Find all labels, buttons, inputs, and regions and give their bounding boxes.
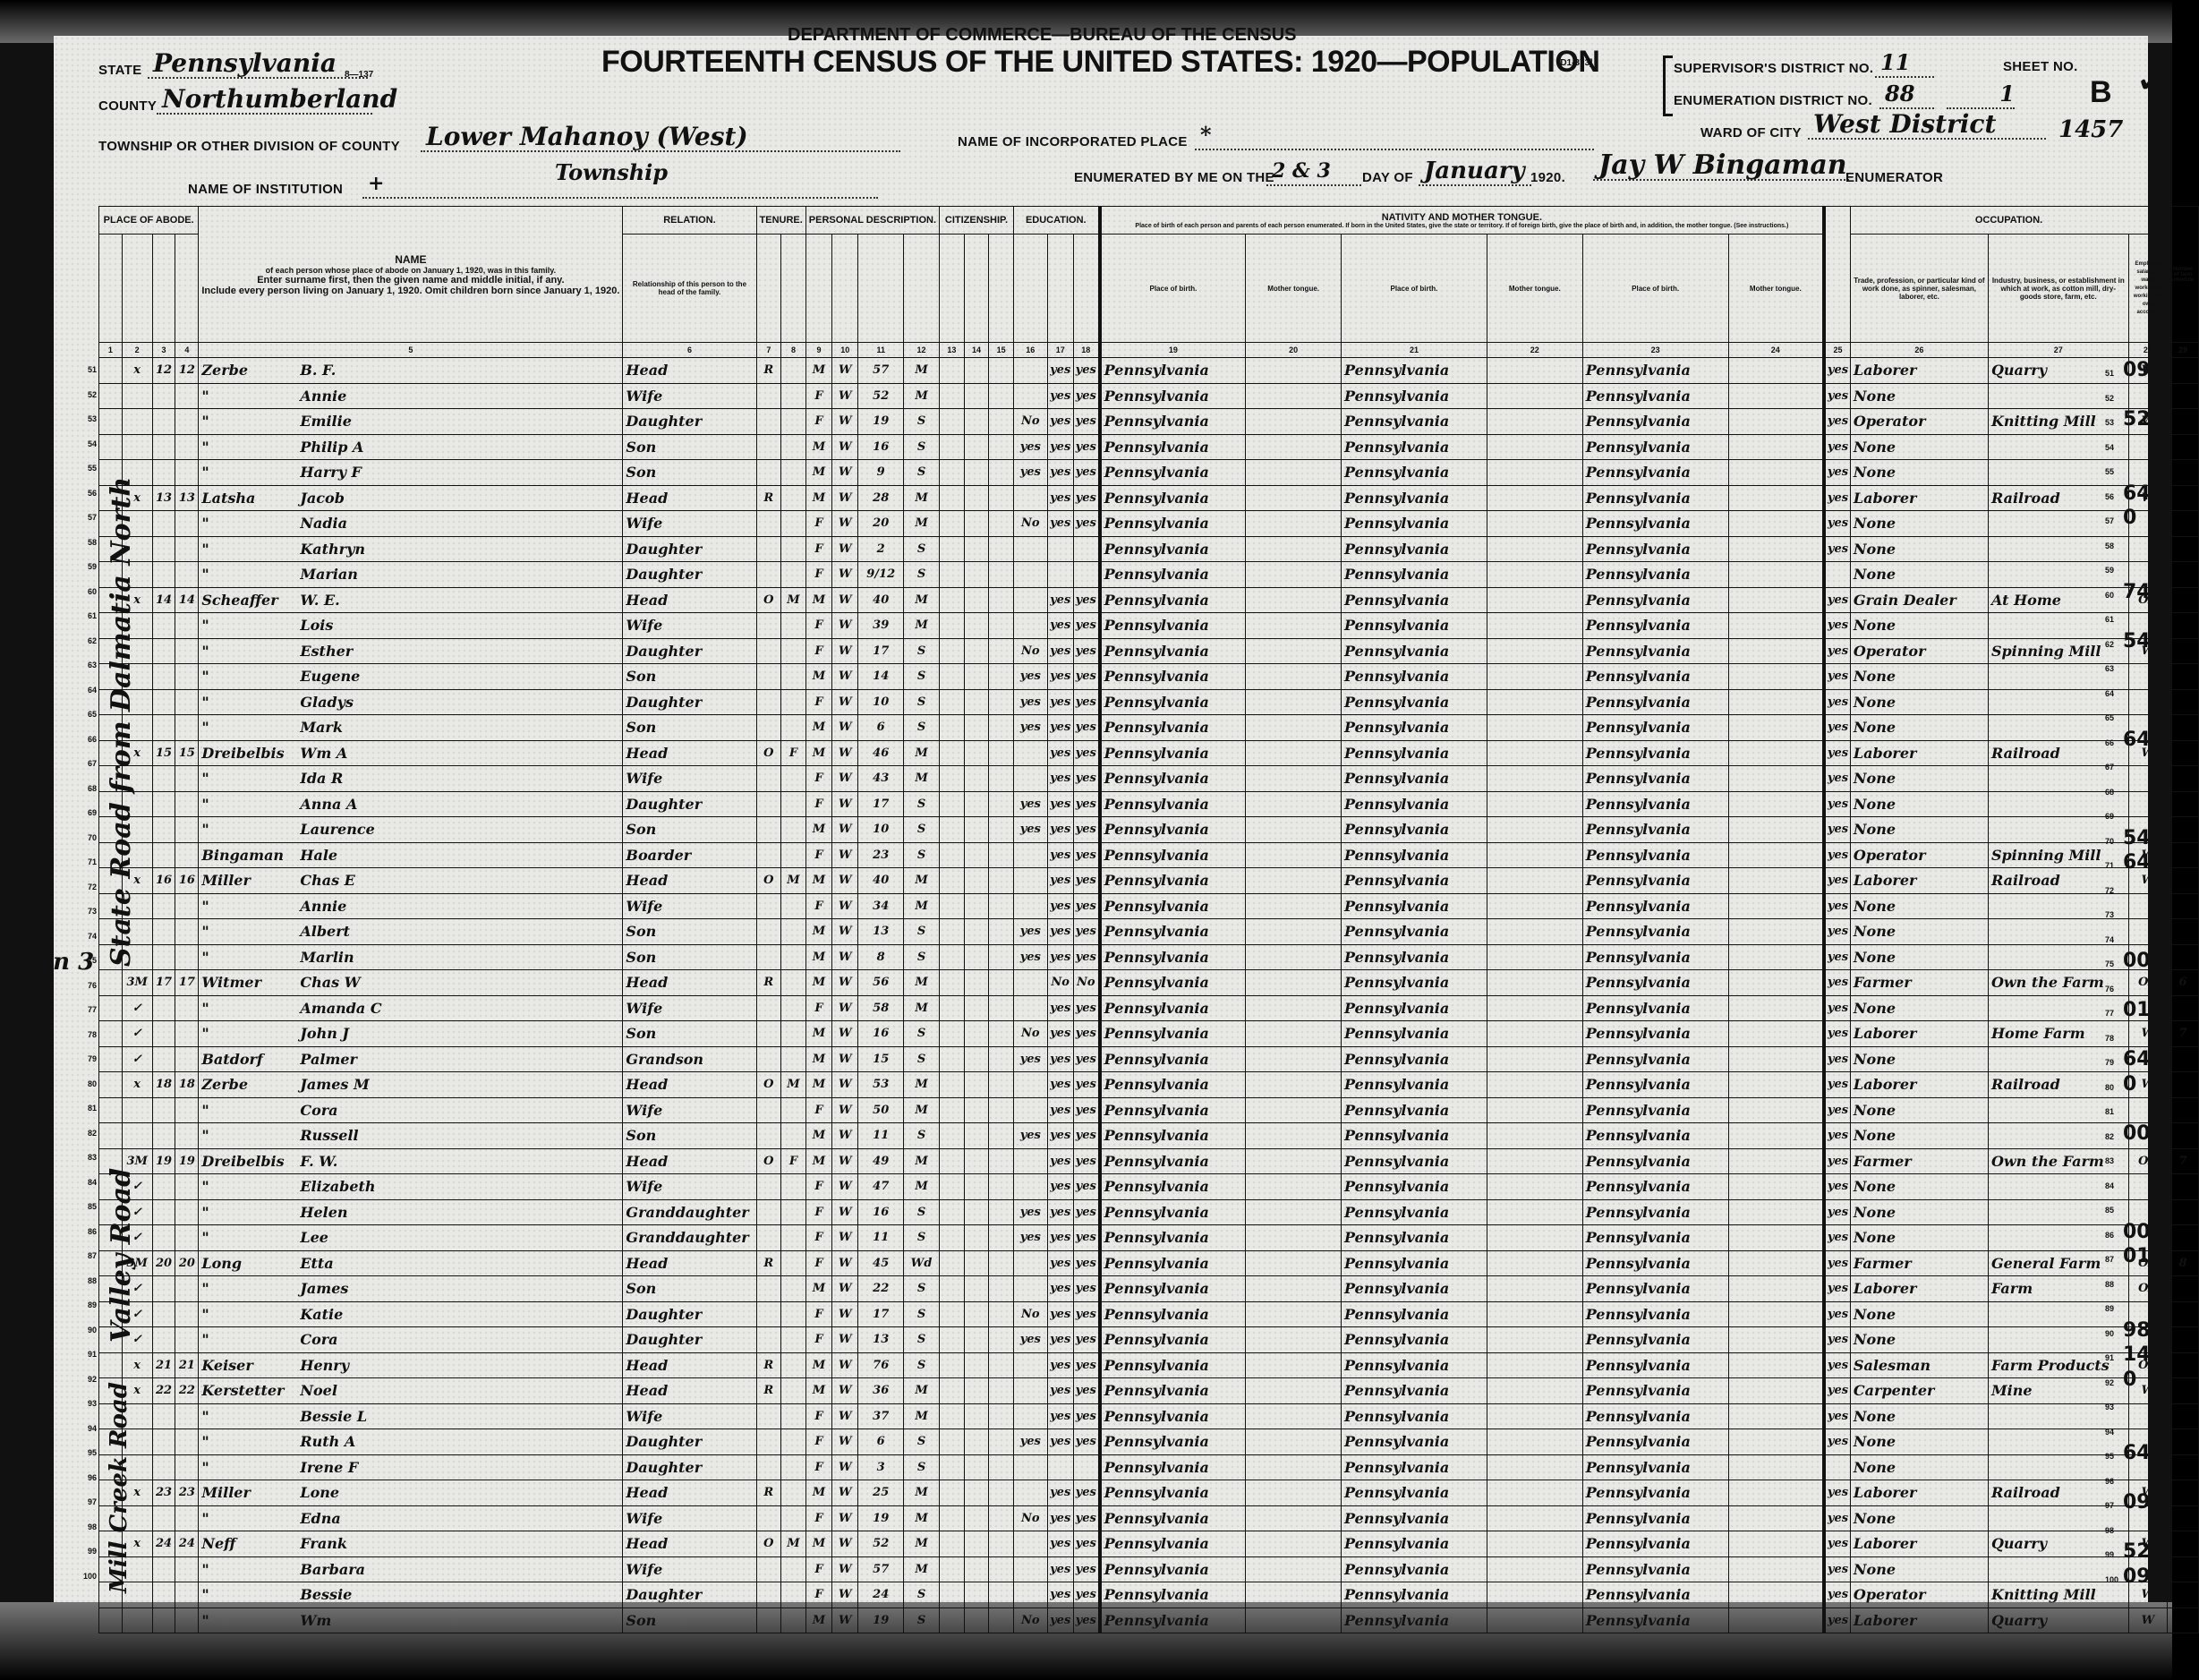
given-name: Mark [300,719,343,736]
cell-pob: Pennsylvania [1100,383,1246,409]
given-name: James M [300,1076,369,1093]
given-name: Henry [300,1357,349,1374]
cell-relation: Son [623,1276,756,1302]
cell-street [99,536,123,562]
cell-pob: Pennsylvania [1100,1148,1246,1174]
line-number: 56 [73,482,97,507]
cell-occupation: None [1850,919,1988,945]
cell-read: yes [1047,1531,1073,1557]
cell-empty [964,383,989,409]
cell-fpob: Pennsylvania [1342,1505,1487,1531]
cell-dwelling [152,1429,175,1455]
cell-dwelling [152,664,175,690]
cell-marital: S [904,1327,940,1353]
cell-empty [989,434,1014,460]
cell-dwelling [152,842,175,868]
table-row: ✓BatdorfPalmerGrandsonMW15SyesyesyesPenn… [99,1046,2199,1072]
cell-pob: Pennsylvania [1100,1582,1246,1608]
cell-street [99,587,123,613]
given-name: Albert [300,923,350,940]
cell-empty [989,1505,1014,1531]
cell-fpob: Pennsylvania [1342,817,1487,843]
cell-house: x [122,358,152,384]
header-naturalization-year [989,235,1014,343]
cell-age: 43 [858,766,904,792]
cell-dwelling: 13 [152,485,175,511]
cell-family [175,638,199,664]
cell-age: 22 [858,1276,904,1302]
cell-empty [989,766,1014,792]
cell-name: "Albert [199,919,623,945]
cell-street [99,1097,123,1123]
cell-empty [964,1582,989,1608]
cell-empty [1728,1352,1824,1378]
cell-pob: Pennsylvania [1100,1327,1246,1353]
cell-occupation: None [1850,1454,1988,1480]
line-number: 63 [73,653,97,678]
cell-english: yes [1824,791,1850,817]
cell-read: yes [1047,817,1073,843]
cell-empty [1246,409,1342,435]
cell-mort [781,358,806,384]
cell-house [122,1403,152,1429]
cell-empty [964,817,989,843]
cell-write: yes [1073,1480,1099,1506]
table-row: ✓"KatieDaughterFW17SNoyesyesPennsylvania… [99,1301,2199,1327]
right-line-entry: 61 [2105,604,2177,629]
cell-dwelling [152,409,175,435]
cell-sex: F [805,1505,831,1531]
cell-english: yes [1824,1505,1850,1531]
cell-empty [1487,1276,1582,1302]
cell-write: yes [1073,1199,1099,1225]
cell-race: W [832,1072,858,1098]
cell-age: 52 [858,1531,904,1557]
table-row: "MarkSonMW6SyesyesyesPennsylvaniaPennsyl… [99,715,2199,741]
right-line-numbers: 5109452535245455566405705859607446162542… [2105,358,2177,1589]
cell-street [99,1199,123,1225]
line-number: 77 [73,998,97,1023]
cell-english: yes [1824,1531,1850,1557]
cell-empty [1246,383,1342,409]
cell-race: W [832,1556,858,1582]
surname: Keiser [201,1357,300,1374]
cell-marital: S [904,1199,940,1225]
cell-read [1047,536,1073,562]
line-number: 54 [73,432,97,457]
table-row: "NadiaWifeFW20MNoyesyesPennsylvaniaPenns… [99,511,2199,537]
cell-mort [781,970,806,996]
cell-marital: M [904,1403,940,1429]
cell-race: W [832,1352,858,1378]
cell-empty [1487,409,1582,435]
cell-empty [1487,893,1582,919]
cell-name: "Nadia [199,511,623,537]
cell-dwelling [152,638,175,664]
header-class: Employer, salary or wage worker, or work… [2128,235,2168,343]
cell-empty [989,358,1014,384]
cell-family [175,944,199,970]
cell-empty [1487,1505,1582,1531]
cell-house [122,1582,152,1608]
cell-empty [1487,1225,1582,1251]
cell-empty [989,511,1014,537]
cell-sex: F [805,1454,831,1480]
cell-empty [1728,460,1824,486]
cell-empty [964,1327,989,1353]
cell-empty [1246,842,1342,868]
cell-marital: M [904,766,940,792]
cell-family [175,1505,199,1531]
cell-dwelling [152,919,175,945]
right-line-entry: 68 [2105,777,2177,802]
group-citizenship: CITIZENSHIP. [940,207,1014,235]
cell-empty [989,868,1014,894]
cell-own: O [756,1531,781,1557]
cell-empty [940,613,965,639]
cell-relation: Daughter [623,1301,756,1327]
cell-write: yes [1073,817,1099,843]
cell-empty [940,562,965,588]
cell-age: 20 [858,511,904,537]
cell-empty [1728,383,1824,409]
cell-sex: M [805,1072,831,1098]
cell-empty [1728,1327,1824,1353]
cell-school [1013,1378,1047,1404]
column-number: 16 [1013,343,1047,358]
cell-dwelling [152,766,175,792]
name-instr: Enter surname first, then the given name… [201,275,619,286]
cell-family [175,383,199,409]
cell-mort [781,1199,806,1225]
cell-empty [964,613,989,639]
cell-occupation: Carpenter [1850,1378,1988,1404]
given-name: Etta [300,1255,333,1272]
right-line-entry: 69 [2105,801,2177,826]
cell-race: W [832,868,858,894]
cell-pob: Pennsylvania [1100,1531,1246,1557]
cell-pob: Pennsylvania [1100,715,1246,741]
cell-occupation: None [1850,460,1988,486]
cell-school: yes [1013,1225,1047,1251]
column-number: 3 [152,343,175,358]
cell-school: yes [1013,434,1047,460]
occupation-code: 000 [2123,1122,2164,1145]
cell-marital: M [904,1072,940,1098]
surname: " [201,719,300,736]
right-line-entry: 62542 [2105,629,2177,654]
cell-write: yes [1073,383,1099,409]
cell-relation: Son [623,944,756,970]
cell-empty [1728,1276,1824,1302]
cell-fpob: Pennsylvania [1342,715,1487,741]
cell-english: yes [1824,358,1850,384]
cell-fpob: Pennsylvania [1342,1454,1487,1480]
cell-street [99,1148,123,1174]
cell-relation: Daughter [623,1327,756,1353]
cell-empty [1487,1123,1582,1149]
right-line-entry: 86000 [2105,1220,2177,1245]
cell-empty [1487,817,1582,843]
occupation-code: 640 [2123,482,2164,505]
cell-mpob: Pennsylvania [1582,1174,1728,1200]
cell-read: yes [1047,919,1073,945]
cell-own: R [756,1480,781,1506]
cell-house: ✓ [122,1301,152,1327]
surname: " [201,1331,300,1348]
cell-relation: Head [623,1148,756,1174]
given-name: Anna A [300,796,357,813]
cell-empty [989,1429,1014,1455]
table-row: "Ruth ADaughterFW6SyesyesyesPennsylvania… [99,1429,2199,1455]
surname: " [201,515,300,532]
cell-empty [1246,995,1342,1021]
given-name: Gladys [300,694,354,711]
cell-empty [1728,970,1824,996]
cell-house [122,613,152,639]
cell-empty [989,562,1014,588]
right-line-entry: 90982 [2105,1318,2177,1343]
occupation-code: 744 [2123,581,2164,603]
table-row: "MarlinSonMW8SyesyesyesPennsylvaniaPenns… [99,944,2199,970]
cell-read: yes [1047,587,1073,613]
line-number: 60 [73,580,97,605]
cell-write: yes [1073,1378,1099,1404]
cell-read: yes [1047,1148,1073,1174]
cell-empty [940,1250,965,1276]
cell-english: yes [1824,638,1850,664]
enumerator-label: ENUMERATOR [1845,170,1943,185]
cell-pob: Pennsylvania [1100,766,1246,792]
cell-mpob: Pennsylvania [1582,1505,1728,1531]
line-number: 85 [73,1195,97,1220]
incorporated-value: * [1195,122,1594,150]
cell-relation: Head [623,587,756,613]
cell-street [99,511,123,537]
cell-fpob: Pennsylvania [1342,970,1487,996]
table-row: BingamanHaleBoarderFW23SyesyesPennsylvan… [99,842,2199,868]
cell-relation: Daughter [623,791,756,817]
cell-empty [964,1276,989,1302]
enumeration-district-value: 88 [1879,81,1934,109]
cell-mpob: Pennsylvania [1582,1378,1728,1404]
cell-empty [1728,1480,1824,1506]
cell-name: DreibelbisF. W. [199,1148,623,1174]
occupation-code: 524 [2123,1540,2164,1563]
cell-empty [1246,1072,1342,1098]
given-name: Lois [300,617,333,634]
cell-sex: F [805,1199,831,1225]
cell-age: 36 [858,1378,904,1404]
cell-fpob: Pennsylvania [1342,1327,1487,1353]
cell-mpob: Pennsylvania [1582,613,1728,639]
cell-empty [964,1403,989,1429]
line-number: 55 [73,456,97,482]
cell-age: 53 [858,1072,904,1098]
cell-empty [940,1148,965,1174]
cell-relation: Son [623,1608,756,1633]
cell-family: 17 [175,970,199,996]
given-name: Chas W [300,974,360,991]
cell-empty [940,715,965,741]
cell-family [175,919,199,945]
right-line-entry: 59 [2105,555,2177,580]
cell-empty [964,1480,989,1506]
surname: Kerstetter [201,1382,300,1399]
cell-empty [989,1123,1014,1149]
cell-empty [940,791,965,817]
cell-marital: M [904,1097,940,1123]
cell-family [175,995,199,1021]
cell-house: 3M [122,970,152,996]
cell-relation: Wife [623,766,756,792]
cell-sex: M [805,1378,831,1404]
table-row: x2121KeiserHenryHeadRMW76SyesyesPennsylv… [99,1352,2199,1378]
cell-empty [1728,1556,1824,1582]
cell-sex: F [805,766,831,792]
cell-house: x [122,1378,152,1404]
cell-street [99,1352,123,1378]
cell-age: 17 [858,1301,904,1327]
cell-write [1073,536,1099,562]
cell-empty [940,919,965,945]
cell-dwelling: 20 [152,1250,175,1276]
cell-marital: M [904,587,940,613]
cell-fpob: Pennsylvania [1342,1072,1487,1098]
cell-empty [1487,868,1582,894]
cell-empty [1246,1301,1342,1327]
cell-sex: M [805,1276,831,1302]
cell-sex: M [805,1352,831,1378]
cell-house [122,409,152,435]
surname: " [201,617,300,634]
surname: " [201,1000,300,1017]
cell-fpob: Pennsylvania [1342,1097,1487,1123]
cell-mort [781,1327,806,1353]
cell-name: "Gladys [199,689,623,715]
cell-sex: M [805,485,831,511]
given-name: Frank [300,1535,347,1552]
cell-name: "Irene F [199,1454,623,1480]
line-number: 79 [73,1047,97,1072]
cell-street [99,1531,123,1557]
cell-dwelling [152,460,175,486]
cell-relation: Daughter [623,689,756,715]
cell-dwelling [152,1556,175,1582]
header-father-tongue: Mother tongue. [1487,235,1582,343]
cell-street [99,817,123,843]
cell-empty [1246,715,1342,741]
cell-sex: F [805,893,831,919]
cell-occupation: None [1850,689,1988,715]
cell-empty [940,587,965,613]
cell-marital: M [904,1174,940,1200]
cell-name: ScheafferW. E. [199,587,623,613]
right-line-entry: 570 [2105,506,2177,531]
cell-mpob: Pennsylvania [1582,358,1728,384]
right-line-entry: 98 [2105,1515,2177,1540]
cell-relation: Son [623,1021,756,1047]
surname: " [201,923,300,940]
cell-empty [1246,868,1342,894]
cell-read: yes [1047,944,1073,970]
cell-age: 45 [858,1250,904,1276]
group-relation: RELATION. [623,207,756,235]
cell-dwelling: 19 [152,1148,175,1174]
cell-fpob: Pennsylvania [1342,383,1487,409]
cell-age: 17 [858,791,904,817]
table-row: ✓"CoraDaughterFW13SyesyesyesPennsylvania… [99,1327,2199,1353]
given-name: Lee [300,1229,328,1246]
cell-fpob: Pennsylvania [1342,791,1487,817]
cell-name: "Ida R [199,766,623,792]
cell-own [756,1046,781,1072]
cell-empty [1487,1429,1582,1455]
cell-mpob: Pennsylvania [1582,1582,1728,1608]
right-line-entry: 96 [2105,1466,2177,1491]
cell-write: yes [1073,638,1099,664]
line-number: 67 [73,752,97,777]
cell-age: 57 [858,1556,904,1582]
cell-relation: Son [623,715,756,741]
cell-marital: M [904,893,940,919]
surname: " [201,1459,300,1476]
cell-marital: S [904,434,940,460]
cell-sex: F [805,689,831,715]
cell-age: 56 [858,970,904,996]
cell-fpob: Pennsylvania [1342,944,1487,970]
group-personal: PERSONAL DESCRIPTION. [805,207,939,235]
cell-sex: F [805,1429,831,1455]
cell-family: 16 [175,868,199,894]
cell-age: 19 [858,409,904,435]
cell-house: x [122,1531,152,1557]
cell-english: yes [1824,689,1850,715]
cell-family: 13 [175,485,199,511]
cell-empty [989,1352,1014,1378]
given-name: Lone [300,1484,339,1501]
cell-name: KeiserHenry [199,1352,623,1378]
table-row: "WmSonMW19SNoyesyesPennsylvaniaPennsylva… [99,1608,2199,1633]
occupation-code: 0 [2123,507,2136,529]
cell-age: 23 [858,842,904,868]
cell-empty [940,409,965,435]
cell-empty [940,1072,965,1098]
cell-empty [1246,1225,1342,1251]
cell-occupation: None [1850,995,1988,1021]
cell-write: yes [1073,1097,1099,1123]
cell-empty [1728,689,1824,715]
cell-write: yes [1073,791,1099,817]
header-relation: Relationship of this person to the head … [623,235,756,343]
cell-family [175,842,199,868]
cell-mort [781,536,806,562]
cell-own: O [756,587,781,613]
cell-relation: Granddaughter [623,1225,756,1251]
cell-english: yes [1824,893,1850,919]
cell-race: W [832,995,858,1021]
cell-empty [940,1327,965,1353]
cell-empty [989,1148,1014,1174]
cell-occupation: Laborer [1850,1608,1988,1633]
cell-fpob: Pennsylvania [1342,868,1487,894]
cell-name: "Ruth A [199,1429,623,1455]
surname: Miller [201,872,300,889]
cell-age: 46 [858,740,904,766]
cell-own [756,638,781,664]
cell-house [122,944,152,970]
cell-sex: M [805,1531,831,1557]
